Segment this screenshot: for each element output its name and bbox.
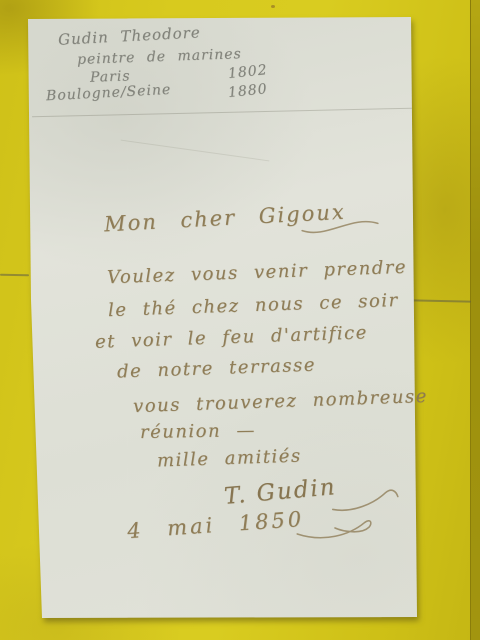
inscription-birthplace: Paris (90, 68, 131, 85)
salutation-flourish (299, 209, 381, 245)
photo-letter-on-yellow-mat: Gudin Theodore peintre de marines Paris … (0, 0, 480, 640)
date-flourish (294, 510, 376, 546)
letter-body-line: réunion — (140, 420, 256, 443)
